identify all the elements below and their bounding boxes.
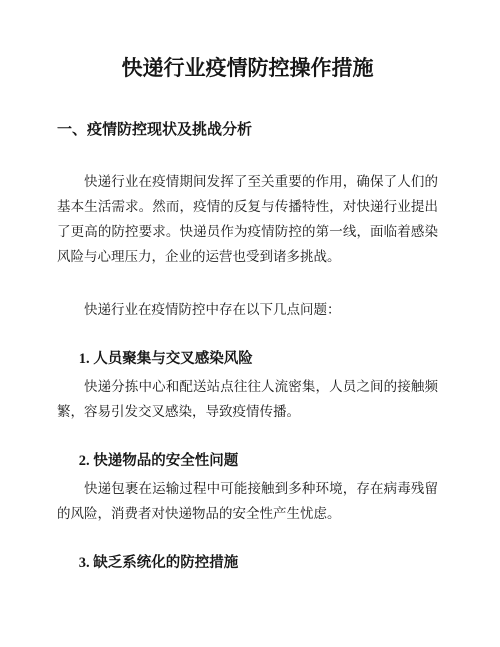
section-heading: 一、疫情防控现状及挑战分析	[57, 119, 438, 141]
item-heading-3: 3. 缺乏系统化的防控措施	[57, 552, 438, 574]
lead-in-paragraph: 快递行业在疫情防控中存在以下几点问题：	[57, 297, 438, 322]
item-heading-2: 2. 快递物品的安全性问题	[57, 450, 438, 472]
intro-paragraph: 快递行业在疫情期间发挥了至关重要的作用，确保了人们的基本生活需求。然而，疫情的反…	[57, 169, 438, 269]
item-heading-1: 1. 人员聚集与交叉感染风险	[57, 348, 438, 370]
document-title: 快递行业疫情防控操作措施	[57, 55, 438, 83]
document-page: 快递行业疫情防控操作措施 一、疫情防控现状及挑战分析 快递行业在疫情期间发挥了至…	[0, 0, 500, 647]
item-body-2: 快递包裹在运输过程中可能接触到多种环境，存在病毒残留的风险，消费者对快递物品的安…	[57, 476, 438, 526]
item-body-1: 快递分拣中心和配送站点往往人流密集，人员之间的接触频繁，容易引发交叉感染，导致疫…	[57, 374, 438, 424]
